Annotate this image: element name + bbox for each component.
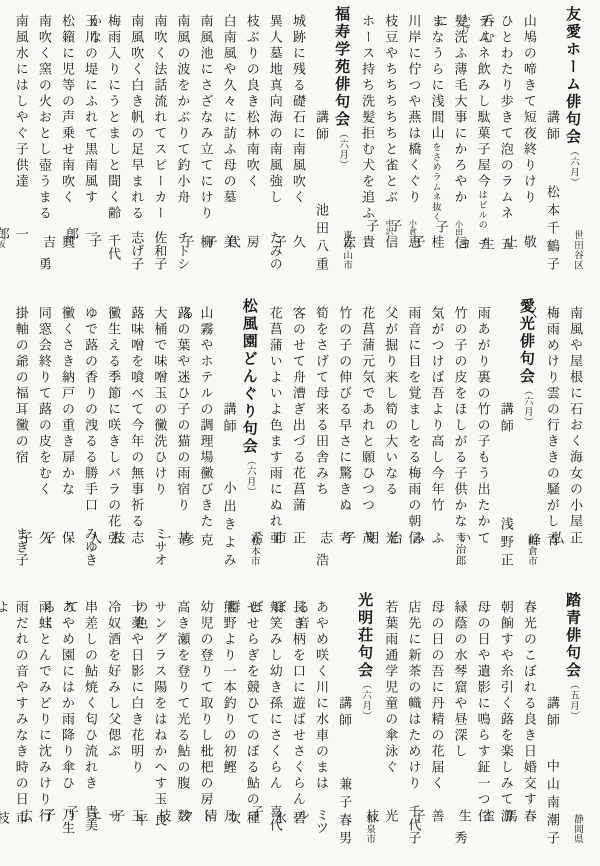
haiku-column: 黴くさき納戸の重き扉かな保子	[53, 296, 76, 584]
haiku-author: まき子	[7, 527, 30, 566]
haiku-main-text: 蕗の葉や迷ひ子の猫の雨宿り	[174, 306, 189, 514]
lecturer-name: 中山南潮子	[538, 759, 561, 849]
haiku-main-text: 南風水にはしやぐ子供達	[13, 14, 28, 190]
haiku-author: 青峰	[538, 533, 561, 566]
haiku-author: 勇	[30, 257, 53, 270]
author-name: 志げ子	[128, 231, 143, 270]
haiku-text: ラムネ飲みし駄菓子屋今はビルのかげ	[469, 14, 492, 237]
haiku-text: 幼児の登りて取りし枇杷の房	[191, 600, 214, 808]
haiku-author: 正市	[284, 531, 307, 566]
haiku-column: 客のせて舟漕ぎ出づる花菖蒲正市	[284, 296, 307, 584]
haiku-main-text: 松籟に児等の声乗せ南吹く	[59, 14, 74, 206]
haiku-column: 春光のこぼれる良き日婚交す春馬	[515, 590, 538, 862]
haiku-text: 朝餉すや糸引く蕗を楽しみて	[492, 600, 515, 808]
section-title-column: 松風園どんぐり句会（六月）松本市	[238, 296, 261, 584]
haiku-text: 梅雨めけり雲の行ききの騒がしく	[538, 306, 561, 533]
haiku-column: あやめ咲く川に水車のまはる音ミツル	[307, 590, 330, 862]
haiku-author: 久子	[284, 235, 307, 270]
section-title-column: 踏青俳句会（五月）静岡県	[561, 590, 584, 862]
lecturer-column: 講師浅野正	[492, 296, 515, 584]
author-name: たみの	[267, 231, 282, 270]
author-surname-small: 中沢	[385, 219, 394, 235]
author-name: 勇	[36, 257, 51, 270]
haiku-main-text: 幼児の登りて取りし枇杷の房	[198, 600, 213, 808]
haiku-column: 蕗の葉や迷ひ子の猫の雨宿り甚一	[168, 296, 191, 584]
haiku-main-text: 店先に新茶の幟はためけり	[405, 600, 420, 792]
haiku-text: 枝豆やちちちちちと雀とぶ	[376, 14, 399, 206]
haiku-main-text: 冷奴酒を好みし父偲ぶ	[105, 600, 120, 760]
haiku-author: 市枝	[7, 811, 30, 844]
section-title-column: 福寿学苑俳句会（六月）東村山市	[330, 4, 353, 288]
section-month: （六月）	[522, 386, 533, 428]
haiku-author: 乃生子	[53, 808, 76, 844]
section-month: （六月）	[337, 129, 348, 171]
haiku-column: 父が掘り来し筍の大いなる光明	[376, 296, 399, 584]
haiku-column: 玉川の堤にふれて黒南風す一郎三	[76, 4, 99, 288]
haiku-text: 南風池にさざなみ立てにけり	[191, 14, 214, 222]
haiku-author: 信治	[399, 531, 422, 566]
haiku-author: 幸治郎	[445, 532, 468, 567]
haiku-author: トク	[191, 809, 214, 844]
haiku-main-text: 南風の波をかぶりて釣小舟	[174, 14, 189, 206]
haiku-text: 川岸に佇つや燕は橋くぐり	[399, 14, 422, 206]
haiku-column: 山霧やホテルの調理場黴びきたる克彦	[191, 296, 214, 584]
haiku-main-text: 花菖蒲いよいよ色ます雨にぬれ	[267, 306, 282, 530]
haiku-text: 雨蛙とんでみどりに沈みけり	[30, 600, 53, 808]
author-name: まき子	[13, 527, 28, 566]
haiku-main-text: 大桶で味噌玉の黴洗ひけり	[151, 306, 166, 498]
haiku-author: 小田信子	[445, 220, 468, 270]
haiku-column: 枝ぶりの良き松林南吹く房代	[238, 4, 261, 288]
haiku-text: 玉川の堤にふれて黒南風す	[76, 14, 99, 206]
haiku-text: 南風の波をかぶりて釣小舟	[168, 14, 191, 206]
haiku-main-text: 玉川の堤にふれて黒南風す	[82, 14, 97, 206]
haiku-author: 行広	[30, 809, 53, 844]
haiku-column: 黴生える季節に咲きしバラの花弘人	[99, 296, 122, 584]
author-name: 浩	[313, 553, 328, 566]
haiku-text: 南吹く窯の火おとし壺うまる	[30, 14, 53, 222]
haiku-main-text: 城跡に残る礎石に南風吹く	[290, 14, 305, 206]
haiku-text: 冷奴酒を好みし父偲ぶ	[99, 600, 122, 760]
haiku-main-text: 客のせて舟漕ぎ出づる花菖蒲	[290, 306, 305, 514]
haiku-author: 正弘	[561, 531, 584, 566]
haiku-column: 気がつけば吾より高し今年竹ふみ	[422, 296, 445, 584]
lecturer-column: 講師中山南潮子	[538, 590, 561, 862]
haiku-column: 雨だれの音やすみなき時の日よ市枝	[7, 590, 30, 862]
haiku-column: 花菖蒲いよいよ色ます雨にぬれ亜希	[261, 296, 284, 584]
author-name: 秀	[452, 831, 467, 844]
author-name: チトシ	[174, 231, 189, 270]
haiku-main-text: 同窓会終りて蕗の皮をむく	[36, 306, 51, 498]
author-name: 考志	[317, 531, 351, 553]
haiku-text: 雨あがり裏の竹の子もう出たか	[469, 306, 492, 530]
haiku-column: 母の日の吾に丹精の花届く善子	[422, 590, 445, 862]
haiku-main-text: ゆで蕗の香りの洩るる勝手口	[82, 306, 97, 514]
haiku-main-text: 南風吹く白き帆の足早まれる	[128, 14, 143, 222]
section-month: （六月）	[360, 680, 371, 722]
section-title-column: 光明荘句会（六月）和泉市	[353, 590, 376, 862]
haiku-text: 竹の子の皮をほしがる子供かな	[445, 306, 468, 530]
haiku-column: 雨あがり裏の竹の子もう出たかてい	[469, 296, 492, 584]
haiku-main-text: 異人墓地真向海の南風強し	[267, 14, 282, 206]
haiku-author: 房代	[238, 235, 261, 270]
haiku-text: 頬笑みし幼き孫にさくらんぼ	[261, 600, 284, 805]
haiku-author: 保子	[53, 531, 76, 566]
haiku-column: 髪洗ふ薄毛大事にかろやかに小田信子	[445, 4, 468, 288]
haiku-main-text: 花菖蒲元気であれと願ひつつ	[359, 306, 374, 514]
haiku-column: 花菖蒲元気であれと願ひつつ茂子	[353, 296, 376, 584]
haiku-author: 佐和子	[145, 231, 168, 270]
section-month: （六月）	[245, 456, 256, 498]
haiku-main-text: 雨蛙とんでみどりに沈みけり	[36, 600, 51, 808]
haiku-author: ふみ	[422, 531, 445, 566]
haiku-author: 仁生	[469, 809, 492, 844]
haiku-author: 亜希	[261, 531, 284, 566]
section-heading: 松風園どんぐり句会（六月）	[238, 298, 261, 498]
haiku-text: 気がつけば吾より高し今年竹	[422, 306, 445, 514]
haiku-column: 長き柄を口に遊ばせさくらんぼ碧水	[284, 590, 307, 862]
haiku-author: 興吉	[53, 235, 76, 270]
haiku-text: ホース持ち洗髪拒む犬を追ふ	[353, 14, 376, 222]
haiku-author: 千代子	[99, 234, 122, 270]
haiku-text: 竹の子の伸びる早さに驚きぬ	[330, 306, 353, 514]
haiku-author: 喜代子	[261, 805, 284, 844]
section-location: 佐倉市	[515, 536, 538, 566]
haiku-text: 客のせて舟漕ぎ出づる花菖蒲	[284, 306, 307, 514]
haiku-author: 茂子	[353, 531, 376, 566]
haiku-text: 白南風や久々に訪ふ母の墓	[215, 14, 238, 206]
section-title: 福寿学苑俳句会	[333, 6, 351, 129]
haiku-main-text: 筍をさげて母来る田舎みち	[313, 306, 328, 498]
haiku-author: 光明	[376, 531, 399, 566]
haiku-text: 蕗味噌を喰べて今年の無事祈る	[122, 306, 145, 530]
haiku-column: 串差しの鮎焼く匂ひ流れきて貴美子	[76, 590, 99, 862]
haiku-author: 光枝	[376, 809, 399, 844]
haiku-main-text: 十薬や日影に白き花明り	[128, 600, 143, 776]
haiku-main-text: 枝豆やちちちちちと雀とぶ	[382, 14, 397, 206]
haiku-main-text: 山鳩の啼きて短夜終りけり	[521, 14, 536, 206]
section-month: （六月）	[568, 146, 579, 188]
haiku-main-text: ラムネ飲みし駄菓子屋今	[475, 14, 490, 190]
haiku-column: 同窓会終りて蕗の皮をむく久子	[30, 296, 53, 584]
haiku-column: 南風吹く白き帆の足早まれる志げ子	[122, 4, 145, 288]
haiku-column: 冷奴酒を好みし父偲ぶサエ	[99, 590, 122, 862]
haiku-text: あやめ咲く川に水車のまはる音	[307, 600, 330, 808]
haiku-column: 川岸に佇つや燕は橋くぐり小倉恵子	[399, 4, 422, 288]
lecturer-column: 講師松本千鶴子	[538, 4, 561, 288]
haiku-author: みゆき	[76, 527, 99, 566]
haiku-main-text: まなうらに浅間山	[428, 14, 443, 142]
haiku-text: 松籟に児等の声乗せ南吹く	[53, 14, 76, 206]
haiku-author: 数枝	[168, 809, 191, 844]
haiku-text: 母の日や遺影に鳴らす鉦一つ	[469, 600, 492, 808]
haiku-main-text: 南吹く窯の火おとし壺うまる	[36, 14, 51, 222]
haiku-author: 弘人	[99, 531, 122, 566]
lecturer-name: 池田八重	[307, 203, 330, 275]
haiku-column: 幼児の登りて取りし枇杷の房トク	[191, 590, 214, 862]
haiku-column: 梅雨めけり雲の行ききの騒がしく青峰	[538, 296, 561, 584]
column-band: 踏青俳句会（五月）静岡県講師中山南潮子春光のこぼれる良き日婚交す春馬朝餉すや糸引…	[0, 590, 600, 862]
haiku-author: 碧水	[284, 811, 307, 844]
section-location: 世田谷区	[561, 230, 584, 270]
haiku-text: 南風や屋根に石おく海女の小屋	[561, 306, 584, 530]
haiku-main-text: 雨だれの音やすみなき時の日よ	[0, 600, 28, 808]
haiku-text: 黴生える季節に咲きしバラの花	[99, 306, 122, 530]
haiku-main-text: 白南風や久々に訪ふ母の墓	[221, 14, 236, 206]
haiku-author: 良平	[145, 813, 168, 844]
haiku-column: 母の日や遺影に鳴らす鉦一つ仁生	[469, 590, 492, 862]
haiku-column: ラムネ飲みし駄菓子屋今はビルのかげチヨ	[469, 4, 492, 288]
haiku-text: 枝ぶりの良き松林南吹く	[238, 14, 261, 190]
lecturer-column: 講師池田八重	[307, 4, 330, 288]
section-title: 愛光俳句会	[518, 298, 536, 386]
lecturer-label: 講師	[538, 696, 561, 730]
haiku-text: 南吹く法話流れてスピーカー	[145, 14, 168, 222]
haiku-text: 山鳩の啼きて短夜終りけり	[515, 14, 538, 206]
haiku-author: 志枝	[122, 531, 145, 566]
haiku-main-text: 黴生える季節に咲きしバラの花	[105, 306, 120, 530]
haiku-text: 異人墓地真向海の南風強し	[261, 14, 284, 206]
haiku-column: 南風の波をかぶりて釣小舟チトシ	[168, 4, 191, 288]
haiku-column: 高き瀬を登りて光る鮎の腹数枝	[168, 590, 191, 862]
lecturer-name: 浅野正	[492, 517, 515, 571]
haiku-author: 玉子	[122, 809, 145, 844]
haiku-author: 志げ子	[122, 231, 145, 270]
haiku-main-text: 雨あがり裏の竹の子もう出たか	[475, 306, 490, 530]
section-location: 松本市	[238, 536, 261, 566]
lecturer-column: 講師小出きよみ	[215, 296, 238, 584]
haiku-author: サエ	[99, 809, 122, 844]
haiku-text: 山霧やホテルの調理場黴びきたる	[191, 306, 214, 533]
haiku-author: 貴宏	[353, 235, 376, 270]
section-location: 和泉市	[353, 814, 376, 844]
haiku-column: 竹の子の皮をほしがる子供かな幸治郎	[445, 296, 468, 584]
haiku-column: 白南風や久々に訪ふ母の墓美子	[215, 4, 238, 288]
author-surname-small: 小田	[455, 220, 464, 236]
haiku-author: 久子	[30, 531, 53, 566]
author-name: 興吉	[40, 235, 74, 257]
section-title: 松風園どんぐり句会	[241, 298, 259, 456]
haiku-column: 城跡に残る礎石に南風吹く久子	[284, 4, 307, 288]
lecturer-name: 松本千鶴子	[538, 185, 561, 275]
haiku-text: 雨音に目を覚ましをる梅雨の朝	[399, 306, 422, 530]
haiku-column: まなうらに浅間山をさめラムネ抜く桂子	[422, 4, 445, 288]
lecturer-label: 講師	[330, 696, 353, 730]
haiku-text: 髪洗ふ薄毛大事にかろやかに	[445, 14, 468, 220]
haiku-text: ゆで蕗の香りの洩るる勝手口	[76, 306, 99, 514]
section-location: 静岡県	[561, 814, 584, 844]
haiku-author: 浩	[307, 553, 330, 566]
haiku-column: 梅雨入りにうとましと聞く齢かな千代子	[99, 4, 122, 288]
haiku-column: 熊野より一本釣りの初鰹凡清	[215, 590, 238, 862]
haiku-author: 桂子	[422, 235, 445, 270]
author-name: 仁生	[456, 809, 490, 831]
haiku-text: 筍をさげて母来る田舎みち	[307, 306, 330, 498]
haiku-text: まなうらに浅間山をさめラムネ抜く	[422, 14, 445, 222]
author-surname-small: 小倉	[408, 219, 417, 235]
haiku-author: 善子	[422, 809, 445, 844]
haiku-main-text: 朝餉すや糸引く蕗を楽しみて	[498, 600, 513, 808]
haiku-main-text: 竹の子の皮をほしがる子供かな	[452, 306, 467, 530]
haiku-main-text: 気がつけば吾より高し今年竹	[428, 306, 443, 514]
haiku-author: 貴美子	[76, 805, 99, 844]
haiku-author: 克彦	[191, 533, 214, 566]
haiku-column: ひとわたり歩きて泡のラムネ呑む五生	[492, 4, 515, 288]
haiku-text: 黴くさき納戸の重き扉かな	[53, 306, 76, 498]
haiku-text: 春光のこぼれる良き日婚交す	[515, 600, 538, 808]
haiku-author: 柳子	[191, 235, 214, 270]
haiku-column: あやめ園にはか雨降り傘ひらく乃生子	[53, 590, 76, 862]
haiku-main-text: 黴くさき納戸の重き扉かな	[59, 306, 74, 498]
haiku-column: 若葉雨通学児童の傘泳ぐ光枝	[376, 590, 399, 862]
haiku-main-text: 春光のこぼれる良き日婚交す	[521, 600, 536, 808]
author-name: 幸治郎	[455, 532, 467, 567]
haiku-column: 南風池にさざなみ立てにけり柳子	[191, 4, 214, 288]
haiku-column: 店先に新茶の幟はためけり千代子	[399, 590, 422, 862]
haiku-column: 大桶で味噌玉の黴洗ひけりミサオ	[145, 296, 168, 584]
haiku-author: 凡清	[215, 809, 238, 844]
haiku-column: 異人墓地真向海の南風強したみの	[261, 4, 284, 288]
haiku-column: 南風や屋根に石おく海女の小屋正弘	[561, 296, 584, 584]
author-sub-mark: 板	[0, 240, 6, 248]
haiku-column: 南風水にはしやぐ子供達一郎板	[7, 4, 30, 288]
haiku-main-text: 父が掘り来し筍の大いなる	[382, 306, 397, 498]
haiku-text: あやめ園にはか雨降り傘ひらく	[53, 600, 76, 808]
haiku-text: 梅雨入りにうとましと聞く齢かな	[99, 14, 122, 234]
section-title: 踏青俳句会	[564, 592, 582, 680]
section-title-column: 友愛ホーム俳句会（六月）世田谷区	[561, 4, 584, 288]
haiku-column: 雨蛙とんでみどりに沈みけり行広	[30, 590, 53, 862]
haiku-small-text: をさめラムネ抜く	[430, 142, 440, 222]
haiku-text: 蕗の葉や迷ひ子の猫の雨宿り	[168, 306, 191, 514]
author-name: 市枝	[0, 811, 28, 833]
haiku-author: 種次	[238, 811, 261, 844]
haiku-author: ミサオ	[145, 527, 168, 566]
haiku-main-text: ホース持ち洗髪拒む犬を追ふ	[359, 14, 374, 222]
haiku-text: 南風水にはしやぐ子供達	[7, 14, 30, 190]
haiku-text: 南風吹く白き帆の足早まれる	[122, 14, 145, 222]
haiku-author: 敬止	[515, 235, 538, 270]
haiku-text: 母の日の吾に丹精の花届く	[422, 600, 445, 792]
haiku-column: ホース持ち洗髪拒む犬を追ふ貴宏	[353, 4, 376, 288]
haiku-author: 春馬	[515, 809, 538, 844]
haiku-text: 高き瀬を登りて光る鮎の腹	[168, 600, 191, 792]
haiku-author: 考志	[330, 531, 353, 566]
haiku-author: 甚一	[168, 531, 191, 566]
section-title: 友愛ホーム俳句会	[564, 6, 582, 146]
haiku-text: サングラス陽をはねかへす玉の色	[145, 600, 168, 813]
haiku-text: 父が掘り来し筍の大いなる	[376, 306, 399, 498]
haiku-column: 南吹く法話流れてスピーカー佐和子	[145, 4, 168, 288]
haiku-author: 五生	[492, 237, 515, 270]
lecturer-column: 講師兼子春男	[330, 590, 353, 862]
haiku-main-text: 川岸に佇つや燕は橋くぐり	[405, 14, 420, 206]
haiku-main-text: 若葉雨通学児童の傘泳ぐ	[382, 600, 397, 776]
lecturer-name: 兼子春男	[330, 777, 353, 849]
column-band: 友愛ホーム俳句会（六月）世田谷区講師松本千鶴子山鳩の啼きて短夜終りけり敬止ひとわ…	[0, 4, 600, 288]
haiku-author: 中沢信子	[376, 219, 399, 270]
haiku-column: 雨音に目を覚ましをる梅雨の朝信治	[399, 296, 422, 584]
lecturer-label: 講師	[492, 402, 515, 436]
author-name: 千代子	[405, 805, 420, 844]
haiku-text: せせらぎを競ひてのぼる鮎の群	[238, 600, 261, 811]
haiku-text: 店先に新茶の幟はためけり	[399, 600, 422, 792]
haiku-text: 串差しの鮎焼く匂ひ流れきて	[76, 600, 99, 805]
haiku-column: 山鳩の啼きて短夜終りけり敬止	[515, 4, 538, 288]
haiku-author: てい	[469, 531, 492, 566]
lecturer-label: 講師	[538, 110, 561, 144]
page: 友愛ホーム俳句会（六月）世田谷区講師松本千鶴子山鳩の啼きて短夜終りけり敬止ひとわ…	[0, 0, 600, 866]
haiku-main-text: 竹の子の伸びる早さに驚きぬ	[336, 306, 351, 514]
lecturer-label: 講師	[215, 402, 238, 436]
author-name: ミサオ	[151, 527, 166, 566]
haiku-author: 小倉恵子	[399, 219, 422, 270]
lecturer-name: 小出きよみ	[215, 481, 238, 571]
section-heading: 愛光俳句会（六月）	[515, 298, 538, 428]
haiku-text: 掛軸の爺の福耳黴の宿	[7, 306, 30, 466]
haiku-author: 秀	[445, 831, 468, 844]
haiku-main-text: 南風や屋根に石おく海女の小屋	[567, 306, 582, 530]
haiku-author: 一郎板	[7, 227, 30, 270]
section-heading: 光明荘句会（六月）	[353, 592, 376, 722]
section-title: 光明荘句会	[356, 592, 374, 680]
haiku-main-text: 母の日の吾に丹精の花届く	[428, 600, 443, 792]
section-location: 東村山市	[330, 230, 353, 270]
haiku-main-text: 南吹く法話流れてスピーカー	[151, 14, 166, 222]
haiku-main-text: 掛軸の爺の福耳黴の宿	[13, 306, 28, 466]
haiku-text: 緑蔭の水琴窟や昼深し	[445, 600, 468, 760]
author-name: 佐和子	[151, 231, 166, 270]
haiku-main-text: 雨音に目を覚ましをる梅雨の朝	[405, 306, 420, 530]
haiku-main-text: 枝ぶりの良き松林南吹く	[244, 14, 259, 190]
haiku-author: 千代子	[399, 805, 422, 844]
haiku-text: 長き柄を口に遊ばせさくらんぼ	[284, 600, 307, 811]
haiku-column: 十薬や日影に白き花明り玉子	[122, 590, 145, 862]
haiku-main-text: 蕗味噌を喰べて今年の無事祈る	[128, 306, 143, 530]
haiku-text: 花菖蒲元気であれと願ひつつ	[353, 306, 376, 514]
haiku-column: 朝餉すや糸引く蕗を楽しみて游雀	[492, 590, 515, 862]
haiku-author: 美子	[215, 235, 238, 270]
haiku-text: 大桶で味噌玉の黴洗ひけり	[145, 306, 168, 498]
section-heading: 友愛ホーム俳句会（六月）	[561, 6, 584, 188]
haiku-author: ミツル	[307, 808, 330, 844]
haiku-main-text: 母の日や遺影に鳴らす鉦一つ	[475, 600, 490, 808]
lecturer-label: 講師	[307, 110, 330, 144]
haiku-text: 若葉雨通学児童の傘泳ぐ	[376, 600, 399, 776]
haiku-column: サングラス陽をはねかへす玉の色良平	[145, 590, 168, 862]
haiku-column: 松籟に児等の声乗せ南吹く興吉	[53, 4, 76, 288]
haiku-author: 一郎三	[76, 227, 99, 270]
author-name: みゆき	[82, 527, 97, 566]
haiku-column: 頬笑みし幼き孫にさくらんぼ喜代子	[261, 590, 284, 862]
section-month: （五月）	[568, 680, 579, 722]
haiku-column: 竹の子の伸びる早さに驚きぬ考志	[330, 296, 353, 584]
haiku-column: ゆで蕗の香りの洩るる勝手口みゆき	[76, 296, 99, 584]
haiku-text: 熊野より一本釣りの初鰹	[215, 600, 238, 776]
column-band: 南風や屋根に石おく海女の小屋正弘梅雨めけり雲の行ききの騒がしく青峰愛光俳句会（六…	[0, 296, 600, 584]
haiku-column: せせらぎを競ひてのぼる鮎の群種次	[238, 590, 261, 862]
haiku-column: 掛軸の爺の福耳黴の宿まき子	[7, 296, 30, 584]
haiku-author: チヨ	[469, 237, 492, 270]
haiku-author: チトシ	[168, 231, 191, 270]
haiku-main-text: 高き瀬を登りて光る鮎の腹	[174, 600, 189, 792]
haiku-text: 城跡に残る礎石に南風吹く	[284, 14, 307, 206]
haiku-text: 花菖蒲いよいよ色ます雨にぬれ	[261, 306, 284, 530]
haiku-author: 游雀	[492, 809, 515, 844]
haiku-author: たみの	[261, 231, 284, 270]
haiku-main-text: 南風池にさざなみ立てにけり	[198, 14, 213, 222]
section-heading: 踏青俳句会（五月）	[561, 592, 584, 722]
